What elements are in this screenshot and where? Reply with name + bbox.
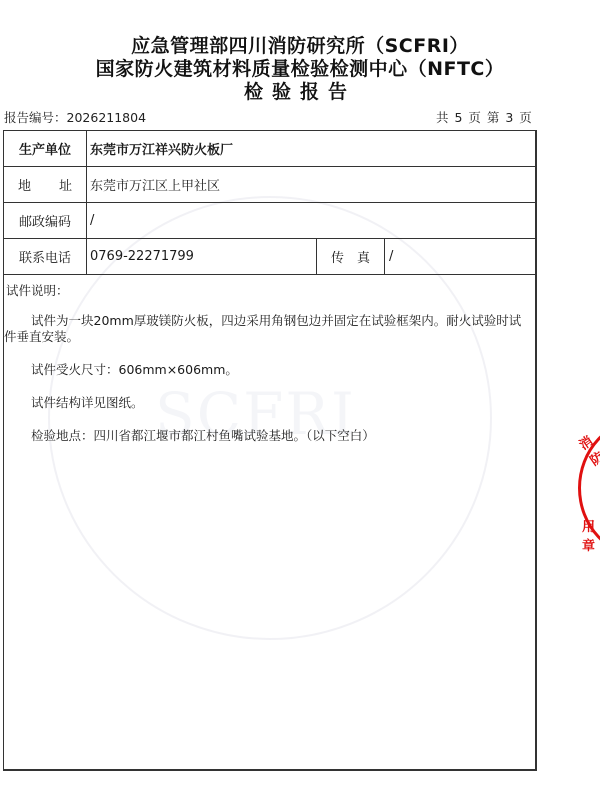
report-number-label: 报告编号： [4,110,67,125]
description-paragraph-3: 试件结构详见图纸。 [4,395,535,411]
row-contact: 联系电话 0769-22271799 传 真 / [4,239,535,275]
page-info: 共 5 页 第 3 页 [436,108,533,126]
specimen-description: 试件说明： 试件为一块20mm厚玻镁防火板，四边采用角钢包边并固定在试验框架内。… [4,275,535,444]
manufacturer-label: 生产单位 [4,131,87,166]
report-table: 生产单位 东莞市万江祥兴防火板厂 地 址 东莞市万江区上甲社区 邮政编码 / 联… [3,130,537,771]
description-paragraph-1: 试件为一块20mm厚玻镁防火板，四边采用角钢包边并固定在试验框架内。耐火试验时试… [4,313,535,345]
description-title: 试件说明： [4,283,535,299]
fax-label-b: 真 [357,247,370,266]
stamp-text-bottom: 用章 [582,516,600,554]
description-paragraph-2: 试件受火尺寸：606mm×606mm。 [4,362,535,378]
row-manufacturer: 生产单位 东莞市万江祥兴防火板厂 [4,131,535,167]
address-value: 东莞市万江区上甲社区 [87,167,220,202]
address-label-b: 址 [59,175,72,194]
row-postal-code: 邮政编码 / [4,203,535,239]
postal-code-label: 邮政编码 [4,203,87,238]
address-label-a: 地 [18,175,31,194]
row-address: 地 址 东莞市万江区上甲社区 [4,167,535,203]
phone-label: 联系电话 [4,239,87,274]
phone-value: 0769-22271799 [87,239,194,274]
fax-value: / [385,239,393,274]
report-number-value: 2026211804 [67,110,147,125]
report-number: 报告编号：2026211804 [4,108,146,126]
postal-code-value: / [87,203,94,238]
report-title: 检验报告 [0,77,600,104]
manufacturer-value: 东莞市万江祥兴防火板厂 [87,131,233,166]
fax-label-a: 传 [331,247,344,266]
address-label: 地 址 [4,167,87,202]
fax-label: 传 真 [316,239,385,274]
description-paragraph-4: 检验地点：四川省都江堰市都江村鱼嘴试验基地。（以下空白） [4,428,535,444]
